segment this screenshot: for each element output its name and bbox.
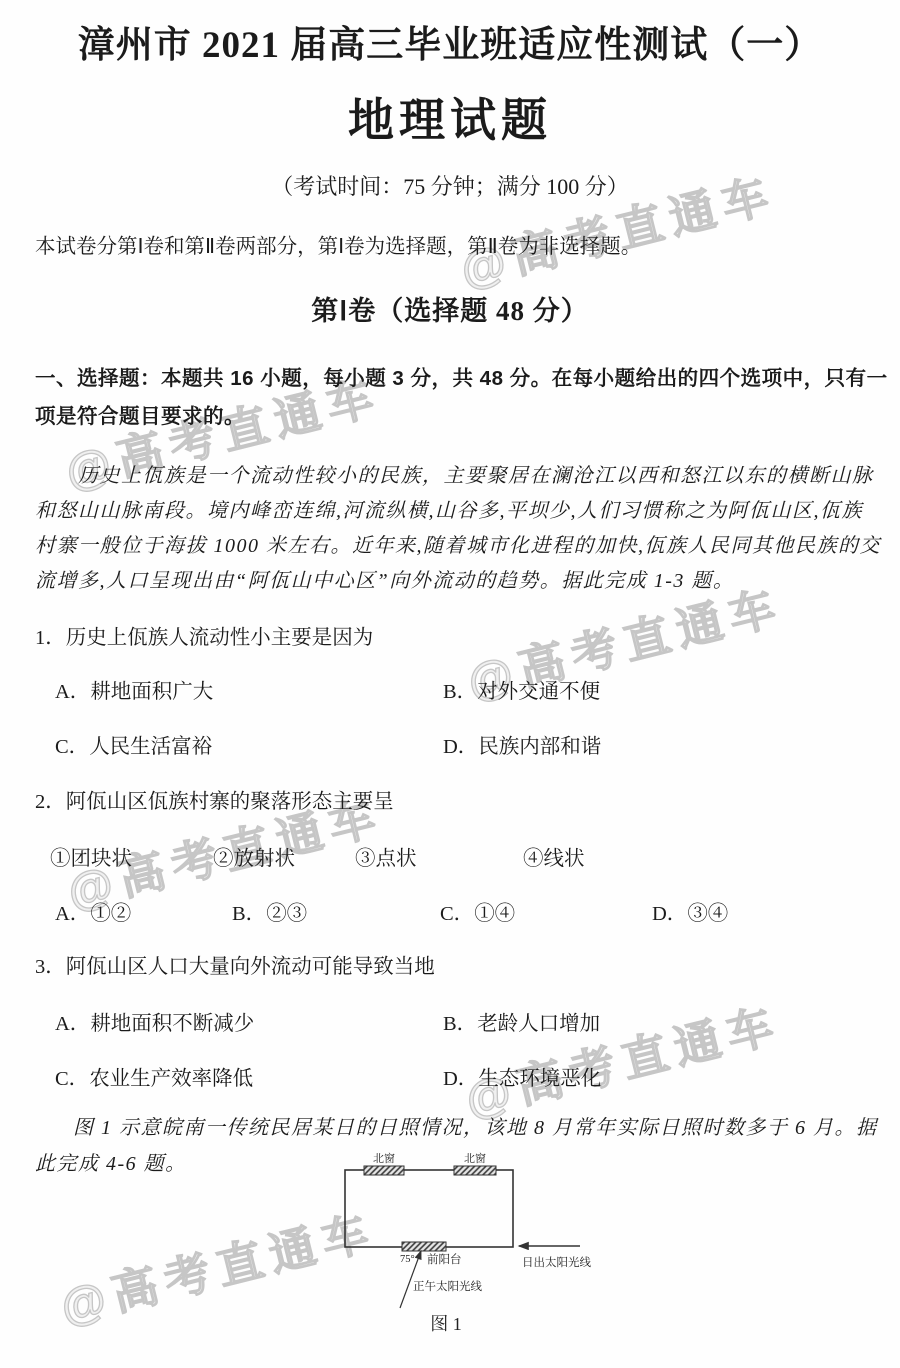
house-outline: [345, 1170, 513, 1247]
passage1-line3: 村寨一般位于海拔 1000 米左右。近年来,随着城市化进程的加快,佤族人民同其他…: [35, 529, 881, 558]
option-label: C．: [55, 1068, 89, 1090]
north-window-left: [364, 1166, 404, 1175]
figure-house-sunlight-diagram: 北窗 北窗 日出太阳光线 75° 前阳台 正午太阳光线 图 1: [300, 1140, 660, 1345]
passage2-line2: 此完成 4-6 题。: [35, 1147, 187, 1176]
angle-label: 75°: [400, 1254, 415, 1265]
question-1: 1．历史上佤族人流动性小主要是因为: [35, 620, 373, 650]
sunrise-ray-label: 日出太阳光线: [522, 1255, 591, 1269]
question-1-option-d: D．民族内部和谐: [443, 729, 601, 759]
suboption-text: 点状: [376, 848, 417, 870]
question-1-option-b: B．对外交通不便: [443, 674, 600, 704]
option-label: D．: [652, 903, 687, 925]
option-text: 民族内部和谐: [478, 736, 601, 758]
question-3-option-b: B．老龄人口增加: [443, 1006, 600, 1036]
option-text: 耕地面积不断减少: [90, 1013, 254, 1035]
option-label: B．: [443, 681, 477, 703]
question-3-option-c: C．农业生产效率降低: [55, 1061, 253, 1091]
option-label: B．: [443, 1013, 477, 1035]
question-3: 3．阿佤山区人口大量向外流动可能导致当地: [35, 949, 435, 979]
suboption-text: 线状: [544, 848, 585, 870]
suboption-label: ③: [355, 848, 376, 870]
question-3-option-d: D．生态环境恶化: [443, 1061, 601, 1091]
question-1-option-c: C．人民生活富裕: [55, 729, 212, 759]
option-text: 对外交通不便: [477, 681, 600, 703]
option-text: 人民生活富裕: [89, 736, 212, 758]
question-2-suboption-4: ④线状: [523, 841, 585, 871]
suboption-label: ①: [50, 848, 71, 870]
option-text: 老龄人口增加: [477, 1013, 600, 1035]
passage2-line1: 图 1 示意皖南一传统民居某日的日照情况，该地 8 月常年实际日照时数多于 6 …: [73, 1111, 878, 1140]
option-label: D．: [443, 736, 478, 758]
suboption-text: 放射状: [234, 848, 296, 870]
option-label: A．: [55, 1013, 90, 1035]
passage1-line2: 和怒山山脉南段。境内峰峦连绵,河流纵横,山谷多,平坝少,人们习惯称之为阿佤山区,…: [35, 494, 863, 523]
front-balcony-label: 前阳台: [427, 1252, 462, 1266]
north-window-left-label: 北窗: [373, 1151, 395, 1165]
question-2-suboption-1: ①团块状: [50, 841, 132, 871]
suboption-label: ④: [523, 848, 544, 870]
option-label: B．: [232, 903, 266, 925]
exam-info: （考试时间：75 分钟；满分 100 分）: [0, 170, 900, 201]
exam-paper-page: @高考直通车 @高考直通车 @高考直通车 @高考直通车 @高考直通车 @高考直通…: [0, 0, 900, 1368]
passage1-line4: 流增多,人口呈现出由“阿佤山中心区”向外流动的趋势。据此完成 1-3 题。: [35, 564, 734, 593]
option-label: D．: [443, 1068, 478, 1090]
figure-caption: 图 1: [430, 1314, 462, 1334]
question-2: 2．阿佤山区佤族村寨的聚落形态主要呈: [35, 784, 394, 814]
question-2-option-a: A．①②: [55, 896, 131, 926]
question-2-option-c: C．①④: [440, 896, 515, 926]
question-2-suboption-2: ②放射状: [213, 841, 295, 871]
question-2-suboption-3: ③点状: [355, 841, 417, 871]
question-1-number: 1．: [35, 627, 66, 649]
option-text: 耕地面积广大: [90, 681, 213, 703]
option-text: ②③: [266, 903, 307, 925]
instructions-line-2: 项是符合题目要求的。: [35, 399, 245, 429]
question-2-option-d: D．③④: [652, 896, 728, 926]
section-heading: 第Ⅰ卷（选择题 48 分）: [0, 289, 900, 328]
paper-structure-note: 本试卷分第Ⅰ卷和第Ⅱ卷两部分，第Ⅰ卷为选择题，第Ⅱ卷为非选择题。: [35, 229, 641, 259]
question-2-text: 阿佤山区佤族村寨的聚落形态主要呈: [66, 791, 394, 813]
question-1-text: 历史上佤族人流动性小主要是因为: [66, 627, 374, 649]
north-window-right-label: 北窗: [464, 1151, 486, 1165]
option-label: C．: [55, 736, 89, 758]
passage1-line1: 历史上佤族是一个流动性较小的民族，主要聚居在澜沧江以西和怒江以东的横断山脉: [78, 459, 874, 488]
question-3-number: 3．: [35, 956, 66, 978]
question-3-option-a: A．耕地面积不断减少: [55, 1006, 254, 1036]
question-2-option-b: B．②③: [232, 896, 307, 926]
option-label: A．: [55, 681, 90, 703]
subject-title: 地理试题: [0, 84, 900, 150]
option-text: ①④: [474, 903, 515, 925]
question-1-option-a: A．耕地面积广大: [55, 674, 213, 704]
question-3-text: 阿佤山区人口大量向外流动可能导致当地: [66, 956, 435, 978]
option-text: 农业生产效率降低: [89, 1068, 253, 1090]
option-text: 生态环境恶化: [478, 1068, 601, 1090]
front-balcony-window: [402, 1242, 446, 1251]
option-label: A．: [55, 903, 90, 925]
suboption-label: ②: [213, 848, 234, 870]
option-label: C．: [440, 903, 474, 925]
exam-title: 漳州市 2021 届高三毕业班适应性测试（一）: [0, 14, 900, 68]
question-2-number: 2．: [35, 791, 66, 813]
north-window-right: [454, 1166, 496, 1175]
noon-ray-label: 正午太阳光线: [413, 1279, 482, 1293]
option-text: ③④: [687, 903, 728, 925]
instructions-line-1: 一、选择题：本题共 16 小题，每小题 3 分，共 48 分。在每小题给出的四个…: [35, 361, 888, 391]
suboption-text: 团块状: [71, 848, 133, 870]
option-text: ①②: [90, 903, 131, 925]
